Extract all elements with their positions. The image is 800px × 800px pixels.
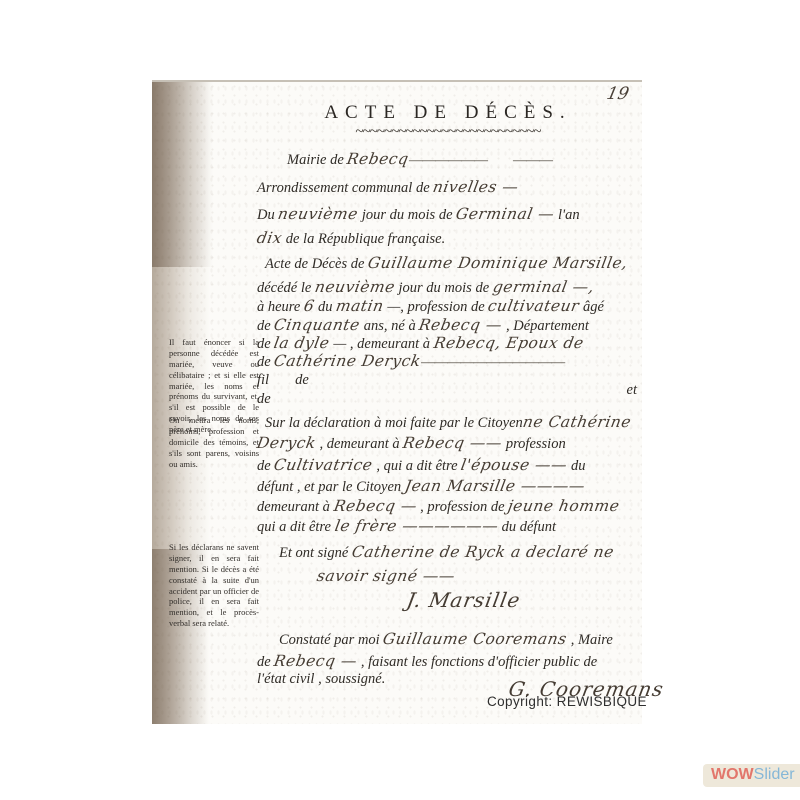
handwritten-entry: ne Cathérine [521, 413, 632, 431]
signature-marsille: J. Marsille [257, 591, 789, 612]
printed-label: , Département [502, 318, 589, 334]
printed-label: , profession de [416, 499, 508, 515]
handwritten-entry: cultivateur [487, 297, 581, 315]
printed-label: Constaté par moi [279, 632, 383, 648]
line-defunt-citoyen: défunt , et par le Citoyen Jean Marsille… [257, 477, 639, 496]
printed-label: fil [257, 372, 269, 388]
printed-label: —, profession de [384, 299, 489, 315]
line-constate: Constaté par moi Guillaume Cooremans , M… [257, 630, 661, 649]
printed-label: , faisant les fonctions d'officier publi… [357, 654, 597, 670]
line-republique: dix de la République française. [257, 229, 639, 248]
line-age-naissance: de Cinquante ans, né à Rebecq — , Départ… [257, 316, 639, 335]
wowslider-wow-label: WOW [711, 766, 754, 783]
handwritten-entry: Guillaume Cooremans [382, 630, 569, 648]
handwritten-entry: Rebecq — [418, 316, 504, 334]
handwritten-entry: matin [335, 297, 386, 315]
wowslider-slider-label: Slider [754, 766, 795, 783]
printed-label: demeurant à [257, 499, 334, 515]
printed-label: à heure [257, 299, 304, 315]
handwritten-entry: Deryck [255, 434, 317, 452]
line-epouse: de Cathérine Deryck——————————— [257, 352, 639, 372]
fill-dash: ——— [513, 153, 552, 168]
printed-label: Sur la déclaration à moi faite par le Ci… [265, 415, 523, 431]
fill-dash: —————— [409, 153, 487, 168]
handwritten-entry: jeune homme [507, 497, 622, 515]
printed-label: de la République française. [282, 231, 445, 247]
printed-label: Et ont signé [279, 545, 352, 561]
handwritten-entry: l'épouse —— [460, 456, 569, 474]
handwritten-entry: Cinquante [273, 316, 362, 334]
printed-label: décédé le [257, 280, 315, 296]
handwritten-entry: Germinal — [455, 205, 556, 223]
line-acte-nom: Acte de Décès de Guillaume Dominique Mar… [257, 254, 647, 273]
printed-label: du [314, 299, 336, 315]
margin-note-2: On mettra les noms, prénoms, profession … [169, 415, 259, 469]
handwritten-entry: J. Marsille [405, 591, 522, 609]
margin-note-3: Si les déclarans ne savent signer, il en… [169, 542, 259, 629]
printed-label: jour du mois de [358, 207, 456, 223]
printed-label: du défunt [498, 519, 556, 535]
handwritten-entry: Rebecq —— [402, 434, 504, 452]
handwritten-entry: savoir signé —— [315, 567, 456, 585]
scanned-death-certificate: 19 ACTE DE DÉCÈS. ~~~~~~~~~~~~~~~~~~~~~~… [152, 80, 642, 724]
printed-label: de [257, 391, 271, 407]
handwritten-entry: Rebecq [346, 150, 411, 168]
printed-label: du [567, 458, 585, 474]
printed-label: Mairie de [287, 152, 347, 168]
printed-label: Acte de Décès de [265, 256, 368, 272]
line-fils-de: fildeet [257, 371, 639, 389]
line-maire-fonctions: de Rebecq — , faisant les fonctions d'of… [257, 652, 639, 671]
handwritten-entry: Rebecq — [273, 652, 359, 670]
handwritten-entry: Rebecq, Epoux de [432, 334, 585, 352]
fill-dash: ——————————— [421, 355, 564, 370]
printed-label: , qui a dit être [373, 458, 461, 474]
handwritten-entry: Catherine de Ryck a declaré ne [350, 543, 615, 561]
printed-label: âgé [579, 299, 604, 315]
line-date-jour: Du neuvième jour du mois de Germinal — l… [257, 205, 639, 224]
line-mairie: Mairie de Rebecq————————— [257, 150, 669, 170]
binding-shadow-top [152, 82, 224, 267]
handwritten-entry: nivelles — [432, 178, 521, 196]
handwritten-entry: Guillaume Dominique Marsille, [366, 254, 629, 272]
line-heure-profession: à heure 6 du matin —, profession de cult… [257, 297, 639, 316]
line-declarante-domicile: Deryck , demeurant à Rebecq —— professio… [257, 434, 639, 453]
line-arrondissement: Arrondissement communal de nivelles — [257, 178, 639, 197]
printed-label: qui a dit être [257, 519, 335, 535]
handwritten-entry: dix [255, 229, 283, 247]
handwritten-entry: Jean Marsille ———— [403, 477, 586, 495]
handwritten-entry: neuvième [277, 205, 360, 223]
line-savoir-signe: savoir signé —— [257, 567, 699, 586]
printed-label: jour du mois de [395, 280, 493, 296]
printed-label: , demeurant à [316, 436, 403, 452]
printed-label: Arrondissement communal de [257, 180, 433, 196]
handwritten-entry: Rebecq — [332, 497, 418, 515]
copyright-overlay: Copyright: REWISBIQUE [487, 694, 647, 709]
handwritten-entry: germinal —, [491, 278, 595, 296]
line-ont-signe: Et ont signé Catherine de Ryck a declaré… [257, 543, 661, 562]
line-departement-domicile: de la dyle — , demeurant à Rebecq, Epoux… [257, 334, 639, 353]
printed-label: l'an [554, 207, 579, 223]
handwritten-entry: neuvième [313, 278, 396, 296]
wowslider-watermark[interactable]: WOWSlider [703, 764, 800, 787]
printed-label: — , demeurant à [330, 336, 434, 352]
line-frere-defunt: qui a dit être le frère —————— du défunt [257, 517, 639, 536]
line-decede: décédé le neuvième jour du mois de germi… [257, 278, 639, 297]
printed-label: profession [502, 436, 566, 452]
printed-label: , Maire [567, 632, 613, 648]
line-de: de [257, 390, 639, 408]
line-declaration: Sur la déclaration à moi faite par le Ci… [257, 413, 647, 432]
line-domicile-profession: demeurant à Rebecq — , profession de jeu… [257, 497, 639, 516]
printed-label: Du [257, 207, 278, 223]
handwritten-entry: Cathérine Deryck [273, 352, 423, 370]
printed-label: ans, né à [360, 318, 419, 334]
printed-label: défunt , et par le Citoyen [257, 479, 405, 495]
handwritten-entry: la dyle [273, 334, 332, 352]
line-profession-epouse: de Cultivatrice , qui a dit être l'épous… [257, 456, 639, 475]
handwritten-entry: Cultivatrice [273, 456, 375, 474]
printed-label: de [295, 372, 309, 388]
act-body: Mairie de Rebecq————————— Arrondissement… [257, 82, 639, 724]
handwritten-entry: le frère —————— [333, 517, 500, 535]
